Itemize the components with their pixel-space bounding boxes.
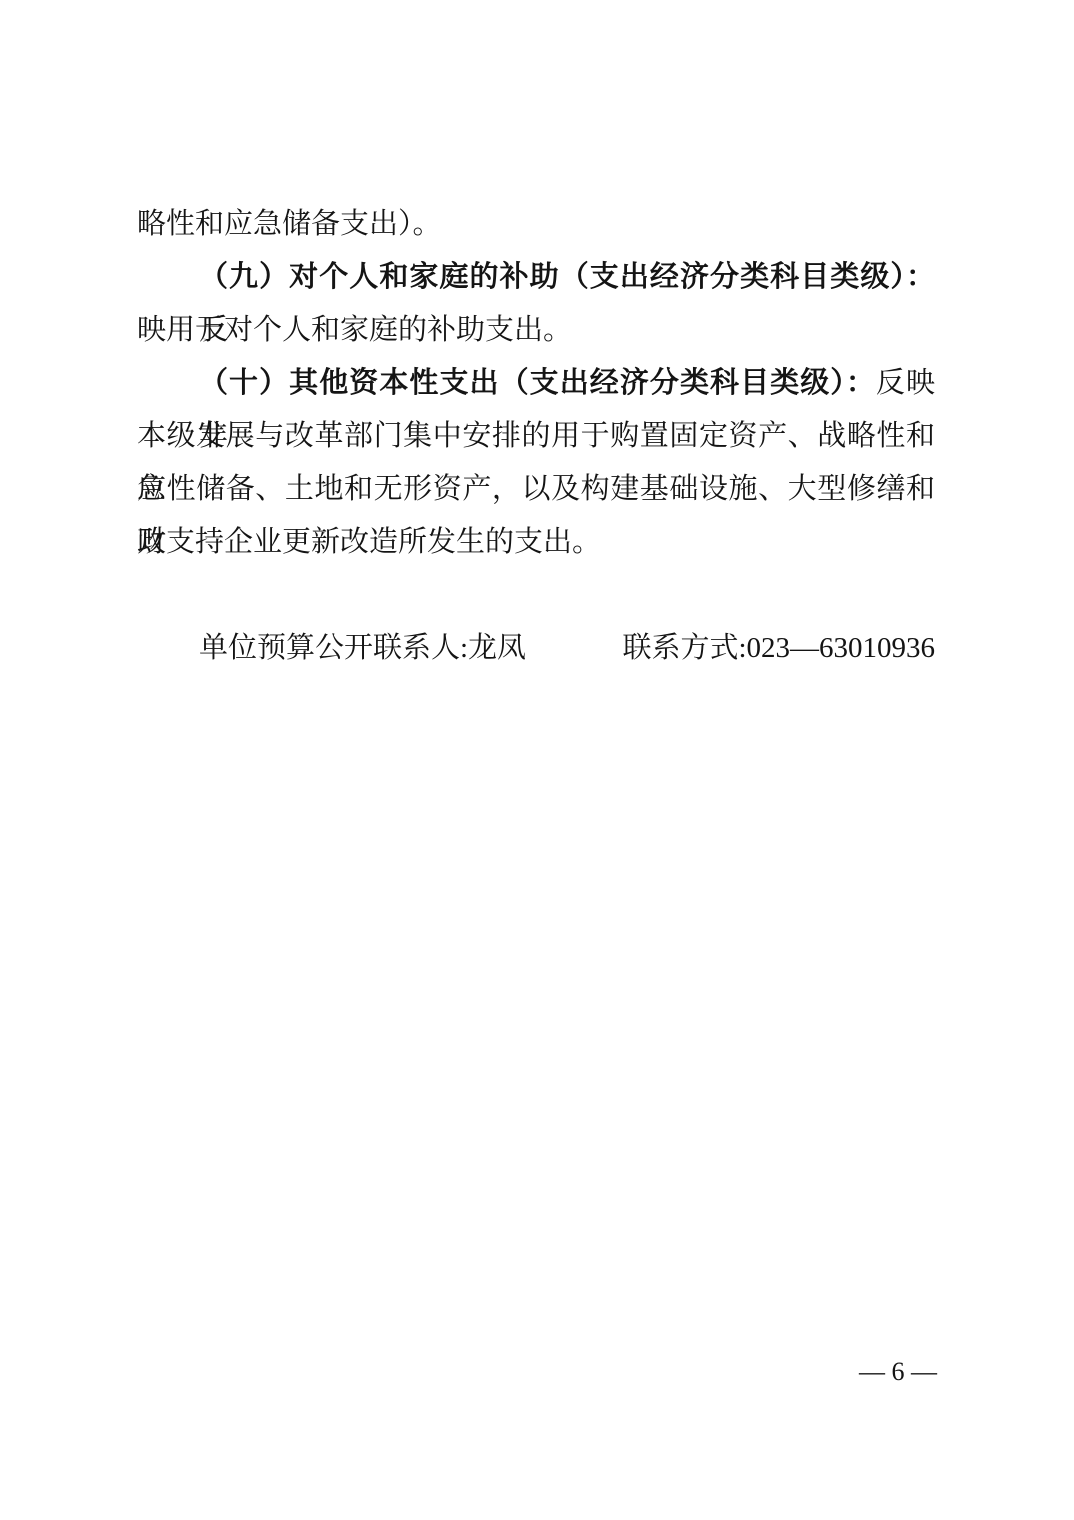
blank-line <box>137 569 935 622</box>
document-body: 略性和应急储备支出）。 （九）对个人和家庭的补助（支出经济分类科目类级）：反 映… <box>137 198 935 675</box>
paragraph-3-line-1: （十）其他资本性支出（支出经济分类科目类级）：反映非 <box>137 357 935 410</box>
paragraph-3-line-2: 本级发展与改革部门集中安排的用于购置固定资产、战略性和应 <box>137 410 935 463</box>
contact-phone: 联系方式:023—63010936 <box>622 622 935 675</box>
paragraph-2-line-1: （九）对个人和家庭的补助（支出经济分类科目类级）：反 <box>137 251 935 304</box>
page-number: — 6 — <box>859 1358 937 1386</box>
paragraph-3-term: （十）其他资本性支出（支出经济分类科目类级）： <box>199 367 876 399</box>
paragraph-3-line-4: 政支持企业更新改造所发生的支出。 <box>137 516 935 569</box>
paragraph-2-line-2: 映用于对个人和家庭的补助支出。 <box>137 304 935 357</box>
contact-line: 单位预算公开联系人:龙凤 联系方式:023—63010936 <box>137 622 935 675</box>
contact-person: 单位预算公开联系人:龙凤 <box>199 622 526 675</box>
paragraph-3-line-3: 急性储备、土地和无形资产，以及构建基础设施、大型修缮和财 <box>137 463 935 516</box>
paragraph-2-term: （九）对个人和家庭的补助（支出经济分类科目类级）： <box>199 261 935 293</box>
document-page: 略性和应急储备支出）。 （九）对个人和家庭的补助（支出经济分类科目类级）：反 映… <box>0 0 1074 1520</box>
paragraph-1-tail-line: 略性和应急储备支出）。 <box>137 198 935 251</box>
